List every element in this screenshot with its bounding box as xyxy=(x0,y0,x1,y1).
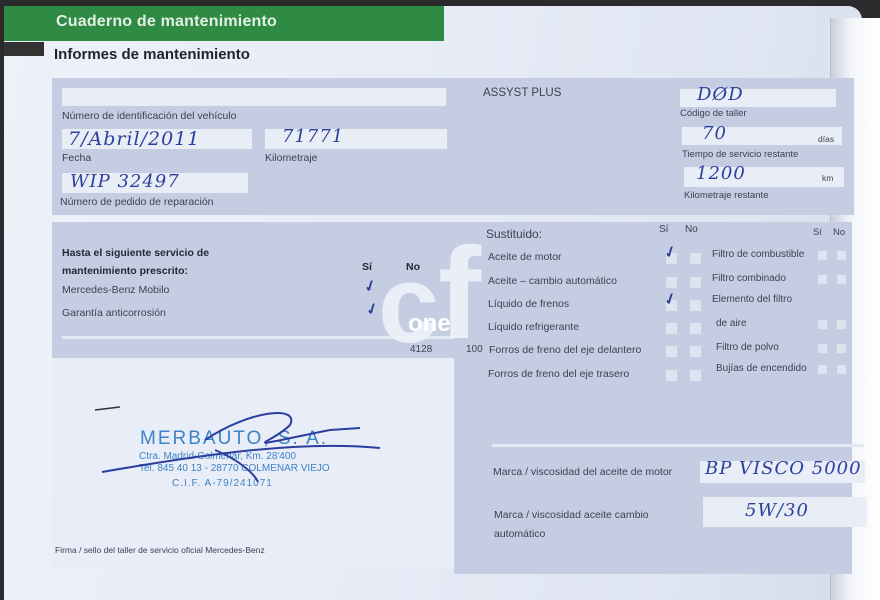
service-time-label: Tiempo de servicio restante xyxy=(682,149,798,160)
watermark-word: one xyxy=(408,312,451,336)
assyst-title: ASSYST PLUS xyxy=(483,87,561,99)
next-service-heading-2: mantenimiento prescrito: xyxy=(62,265,188,277)
replaced-item-label: Forros de freno del eje trasero xyxy=(488,368,629,380)
mileage-label: Kilometraje xyxy=(265,152,318,164)
next-service-yes-header: Sí xyxy=(362,261,372,273)
gearbox-oil-label-1: Marca / viscosidad aceite cambio xyxy=(494,509,649,521)
replaced-no-checkbox[interactable] xyxy=(837,344,846,353)
gearbox-oil-label-2: automático xyxy=(494,528,545,540)
replaced-item-label: Filtro combinado xyxy=(712,273,786,284)
remaining-km-unit: km xyxy=(822,173,833,183)
replaced-item-label: Elemento del filtro xyxy=(712,294,792,305)
vin-field[interactable] xyxy=(62,88,446,106)
stamp-line-2: Tel. 845 40 13 - 28770 COLMENAR VIEJO xyxy=(139,463,330,474)
replaced-yes-checkbox[interactable] xyxy=(666,370,677,381)
replaced-yes-checkbox[interactable] xyxy=(666,277,677,288)
remaining-km-value: 1200 xyxy=(696,163,746,184)
workshop-code-label: Código de taller xyxy=(680,108,747,119)
replaced-no-checkbox[interactable] xyxy=(690,253,701,264)
next-service-heading-1: Hasta el siguiente servicio de xyxy=(62,247,209,259)
replaced-no-header-right: No xyxy=(833,227,845,238)
watermark-right-number: 100 xyxy=(466,344,483,355)
oil-divider xyxy=(492,444,864,447)
replaced-item-label: Líquido de frenos xyxy=(488,298,569,310)
replaced-no-checkbox[interactable] xyxy=(690,346,701,357)
gearbox-oil-value: 5W/30 xyxy=(745,500,809,521)
banner-title: Cuaderno de mantenimiento xyxy=(56,13,277,31)
vin-label: Número de identificación del vehículo xyxy=(62,110,237,122)
replaced-item-label: Aceite – cambio automático xyxy=(488,275,617,287)
replaced-no-checkbox[interactable] xyxy=(837,365,846,374)
mobilo-label: Mercedes-Benz Mobilo xyxy=(62,284,169,296)
replaced-item-label: de aire xyxy=(716,318,747,329)
replaced-no-checkbox[interactable] xyxy=(690,277,701,288)
replaced-no-checkbox[interactable] xyxy=(837,320,846,329)
replaced-no-header: No xyxy=(685,224,698,235)
signature-caption: Firma / sello del taller de servicio ofi… xyxy=(55,545,265,555)
replaced-no-checkbox[interactable] xyxy=(690,300,701,311)
section-tab xyxy=(4,42,44,56)
repair-order-label: Número de pedido de reparación xyxy=(60,196,214,208)
replaced-yes-checkbox[interactable] xyxy=(818,365,827,374)
replaced-no-checkbox[interactable] xyxy=(837,251,846,260)
replaced-yes-header: Sí xyxy=(659,224,668,235)
stamp-line-3: C.I.F. A-79/241071 xyxy=(172,478,273,489)
remaining-km-label: Kilometraje restante xyxy=(684,190,768,201)
replaced-no-checkbox[interactable] xyxy=(690,370,701,381)
service-time-unit: días xyxy=(818,134,834,144)
watermark-logo-f: f xyxy=(438,228,481,358)
engine-oil-label: Marca / viscosidad del aceite de motor xyxy=(493,466,672,478)
replaced-item-label: Filtro de polvo xyxy=(716,342,779,353)
replaced-item-label: Líquido refrigerante xyxy=(488,321,579,333)
service-time-value: 70 xyxy=(702,123,727,144)
stamp-name: MERBAUTO, S. A. xyxy=(140,428,328,450)
replaced-no-checkbox[interactable] xyxy=(690,323,701,334)
replaced-yes-checkbox[interactable] xyxy=(818,275,827,284)
watermark-left-number: 4128 xyxy=(410,344,432,355)
anticorrosion-label: Garantía anticorrosión xyxy=(62,307,166,319)
replaced-item-label: Forros de freno del eje delantero xyxy=(489,344,641,356)
date-label: Fecha xyxy=(62,152,91,164)
mileage-value: 71771 xyxy=(282,126,344,147)
date-value: 7/Abril/2011 xyxy=(68,128,200,150)
stamp-line-1: Ctra. Madrid-Colmenar, Km. 28'400 xyxy=(139,451,296,462)
engine-oil-value: BP VISCO 5000 xyxy=(705,458,862,479)
workshop-code-value: DØD xyxy=(697,84,744,105)
replaced-yes-checkbox[interactable] xyxy=(818,320,827,329)
replaced-heading: Sustituido: xyxy=(486,227,542,241)
replaced-item-label: Aceite de motor xyxy=(488,251,562,263)
replaced-yes-header-right: Sí xyxy=(813,227,822,238)
replaced-item-label: Filtro de combustible xyxy=(712,249,804,260)
replaced-yes-checkbox[interactable] xyxy=(818,251,827,260)
repair-order-value: WIP 32497 xyxy=(70,171,180,192)
replaced-yes-checkbox[interactable] xyxy=(666,346,677,357)
page-subtitle: Informes de mantenimiento xyxy=(54,46,250,63)
replaced-no-checkbox[interactable] xyxy=(837,275,846,284)
replaced-yes-checkbox[interactable] xyxy=(666,323,677,334)
replaced-yes-checkbox[interactable] xyxy=(818,344,827,353)
replaced-item-label: Bujías de encendido xyxy=(716,363,807,374)
